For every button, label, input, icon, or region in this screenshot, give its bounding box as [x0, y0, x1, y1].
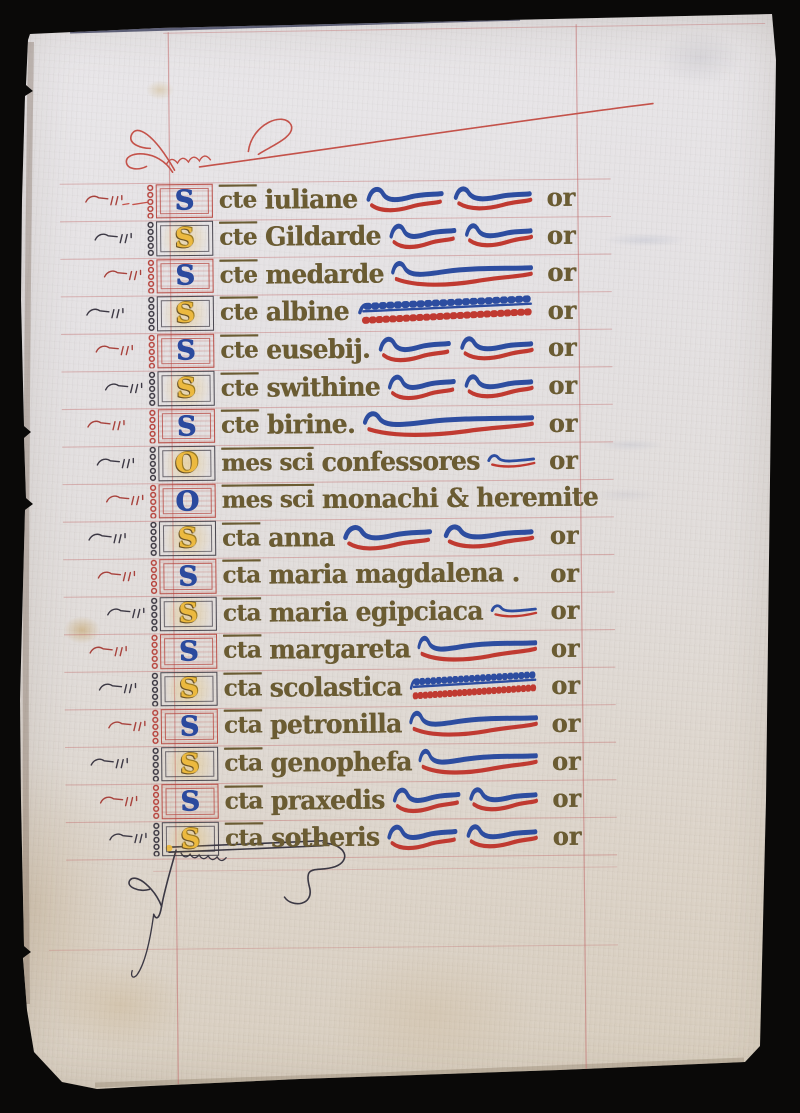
decorated-initial: O	[148, 484, 216, 519]
decorated-initial: S	[145, 183, 213, 218]
saint-name: swithine	[266, 368, 380, 407]
scallop-border	[145, 259, 156, 294]
margin-guide-mark	[83, 192, 135, 210]
line-text: cte eusebij. or	[220, 328, 582, 369]
response-or: or	[546, 745, 586, 776]
scallop-border	[145, 184, 156, 219]
margin-guide-mark	[84, 304, 136, 322]
decorated-initial: O	[147, 446, 215, 481]
response-or: or	[547, 820, 587, 851]
line-text: cta sotheris or	[225, 817, 587, 858]
line-text: cte swithine or	[220, 366, 582, 407]
margin-guide-mark	[95, 567, 147, 585]
decorated-initial: S	[145, 258, 213, 293]
initial-letter: S	[176, 300, 196, 327]
line-filler-ornament	[525, 558, 538, 588]
initial-letter: O	[175, 488, 199, 515]
initial-letter: S	[179, 713, 199, 740]
initial-frame: S	[156, 183, 213, 218]
saint-name: anna	[268, 518, 335, 556]
decorated-initial: S	[148, 521, 216, 556]
abbreviation-prefix: cta	[223, 595, 261, 631]
line-filler-ornament	[485, 445, 537, 475]
decorated-initial: S	[146, 333, 214, 368]
scallop-border	[151, 822, 162, 857]
abbreviation-prefix: cta	[223, 633, 261, 669]
initial-frame: S	[156, 258, 213, 293]
initial-letter: S	[178, 600, 198, 627]
initial-frame: S	[157, 296, 214, 331]
margin-guide-mark	[85, 417, 137, 435]
decorated-initial: S	[150, 747, 218, 782]
initial-frame: S	[161, 709, 218, 744]
initial-letter: O	[175, 450, 199, 477]
abbreviation-prefix: cta	[222, 520, 260, 556]
initial-letter: S	[179, 638, 199, 665]
initial-letter: S	[180, 788, 200, 815]
abbreviation-prefix: cte	[220, 332, 258, 368]
initial-frame: S	[160, 596, 217, 631]
abbreviation-prefix: cte	[219, 257, 257, 293]
manuscript-photo: S cte iuliane or S cte Gildarde	[0, 0, 800, 1113]
line-text: cta praxedis or	[224, 779, 586, 820]
saint-name: eusebij.	[266, 330, 370, 369]
decorated-initial: S	[150, 709, 218, 744]
saint-name: maria magdalena .	[268, 554, 519, 594]
decorated-initial: S	[149, 634, 217, 669]
margin-guide-mark	[88, 755, 140, 773]
scallop-border	[148, 559, 159, 594]
abbreviation-prefix: cte	[221, 407, 259, 443]
scallop-border	[149, 634, 160, 669]
initial-frame: S	[157, 333, 214, 368]
decorated-initial: S	[146, 371, 214, 406]
initial-frame: O	[159, 484, 216, 519]
initial-letter: S	[176, 337, 196, 364]
scallop-border	[149, 597, 160, 632]
line-filler-ornament	[408, 671, 540, 702]
line-text: cte Gildarde or	[219, 216, 581, 257]
line-text: cta margareta or	[223, 629, 585, 670]
litany-line: S cta sotheris or	[3, 814, 800, 859]
response-or: or	[544, 557, 584, 588]
line-filler-ornament	[387, 220, 536, 251]
saint-name: scolastica	[269, 668, 402, 707]
saint-name: petronilla	[270, 706, 402, 745]
decorated-initial: S	[150, 784, 218, 819]
initial-letter: S	[178, 563, 198, 590]
margin-guide-mark	[96, 680, 148, 698]
scallop-border	[145, 221, 156, 256]
manuscript-content: S cte iuliane or S cte Gildarde	[0, 0, 800, 1113]
margin-guide-mark	[94, 454, 146, 472]
scallop-border	[149, 672, 160, 707]
line-filler-ornament	[363, 182, 535, 214]
abbreviation-prefix: cte	[220, 295, 258, 331]
decorated-initial: S	[145, 221, 213, 256]
initial-frame: S	[159, 521, 216, 556]
abbreviation-prefix: cta	[225, 820, 263, 856]
line-filler-ornament	[355, 295, 536, 327]
initial-frame: S	[161, 784, 218, 819]
line-filler-ornament	[407, 708, 540, 739]
response-or: or	[543, 445, 583, 476]
saint-name: iuliane	[264, 180, 357, 219]
line-text: cta scolastica or	[223, 666, 585, 707]
abbreviation-prefix: cta	[222, 558, 260, 594]
initial-letter: S	[175, 225, 195, 252]
decorated-initial: S	[146, 296, 214, 331]
line-text: cta anna or	[222, 516, 584, 557]
abbreviation-prefix: mes sci	[222, 482, 314, 519]
abbreviation-prefix: mes sci	[221, 444, 313, 481]
abbreviation-prefix: cta	[224, 745, 262, 781]
saint-name: monachi & heremite	[322, 478, 598, 518]
initial-letter: S	[176, 375, 196, 402]
saint-name: margareta	[269, 630, 410, 669]
response-or: or	[545, 632, 585, 663]
line-filler-ornament	[386, 370, 537, 401]
scallop-border	[147, 409, 158, 444]
line-filler-ornament	[489, 596, 539, 626]
initial-letter: S	[179, 675, 199, 702]
abbreviation-prefix: cta	[224, 783, 262, 819]
line-filler-ornament	[417, 746, 540, 777]
response-or: or	[541, 182, 581, 213]
initial-letter: S	[174, 187, 194, 214]
saint-name: genophefa	[270, 743, 412, 782]
initial-frame: S	[160, 634, 217, 669]
line-text: mes sci confessores or	[221, 441, 583, 482]
initial-letter: S	[178, 525, 198, 552]
response-or: or	[542, 332, 582, 363]
line-text: cta maria magdalena . or	[222, 554, 584, 595]
scallop-border	[148, 484, 159, 519]
initial-letter: S	[180, 750, 200, 777]
decorated-initial: S	[149, 671, 217, 706]
line-text: cte birine. or	[221, 404, 583, 445]
saint-name: medarde	[265, 255, 384, 294]
initial-frame: S	[159, 559, 216, 594]
abbreviation-prefix: cte	[219, 220, 257, 256]
response-or: or	[546, 783, 586, 814]
initial-frame: S	[156, 221, 213, 256]
scallop-border	[150, 785, 161, 820]
scallop-border	[146, 334, 157, 369]
line-text: cte medarde or	[219, 253, 581, 294]
response-or: or	[542, 294, 582, 325]
scallop-border	[150, 709, 161, 744]
initial-frame: S	[158, 409, 215, 444]
margin-guide-mark	[98, 792, 150, 810]
saint-name: albine	[265, 293, 349, 332]
saint-name: praxedis	[270, 781, 384, 820]
saint-name: Gildarde	[265, 218, 381, 257]
line-filler-ornament	[340, 520, 538, 552]
response-or: or	[543, 407, 583, 438]
initial-frame: S	[161, 747, 218, 782]
margin-guide-mark	[93, 342, 145, 360]
saint-name: birine.	[267, 406, 356, 445]
line-filler-ornament	[385, 821, 541, 852]
scallop-border	[146, 296, 157, 331]
initial-frame: S	[162, 822, 219, 857]
initial-frame: S	[157, 371, 214, 406]
margin-guide-mark	[87, 642, 139, 660]
initial-letter: S	[175, 262, 195, 289]
saint-name: sotheris	[271, 818, 380, 857]
margin-guide-mark	[92, 229, 144, 247]
response-or: or	[546, 707, 586, 738]
decorated-initial: S	[148, 559, 216, 594]
saint-name: confessores	[321, 442, 479, 481]
parchment-leaf: S cte iuliane or S cte Gildarde	[0, 0, 800, 1113]
scallop-border	[150, 747, 161, 782]
scallop-border	[147, 447, 158, 482]
line-filler-ornament	[390, 258, 536, 289]
decorated-initial: S	[149, 596, 217, 631]
litany-text-block: S cte iuliane or S cte Gildarde	[0, 0, 800, 1113]
initial-frame: O	[158, 446, 215, 481]
margin-guide-mark	[86, 529, 138, 547]
response-or: or	[545, 595, 585, 626]
response-or: or	[542, 370, 582, 401]
line-text: cta petronilla or	[224, 704, 586, 745]
line-filler-ornament	[361, 408, 537, 440]
abbreviation-prefix: cte	[219, 182, 257, 218]
decorated-initial: S	[147, 409, 215, 444]
initial-letter: S	[177, 412, 197, 439]
scallop-border	[148, 522, 159, 557]
line-text: cte iuliane or	[219, 178, 581, 219]
response-or: or	[544, 520, 584, 551]
initial-frame: S	[160, 671, 217, 706]
initial-letter: S	[181, 826, 201, 853]
response-or: or	[545, 670, 585, 701]
line-filler-ornament	[390, 783, 540, 814]
line-text: mes sci monachi & heremite	[222, 479, 584, 520]
line-text: cta genophefa or	[224, 741, 586, 782]
decorated-initial: S	[151, 822, 219, 857]
abbreviation-prefix: cte	[220, 370, 258, 406]
line-text: cta maria egipciaca or	[223, 591, 585, 632]
response-or: or	[541, 219, 581, 250]
line-text: cte albine or	[220, 291, 582, 332]
abbreviation-prefix: cta	[223, 670, 261, 706]
response-or: or	[541, 257, 581, 288]
line-filler-ornament	[416, 633, 539, 664]
line-filler-ornament	[376, 333, 537, 365]
abbreviation-prefix: cta	[224, 708, 262, 744]
saint-name: maria egipciaca	[269, 592, 483, 632]
scallop-border	[146, 372, 157, 407]
